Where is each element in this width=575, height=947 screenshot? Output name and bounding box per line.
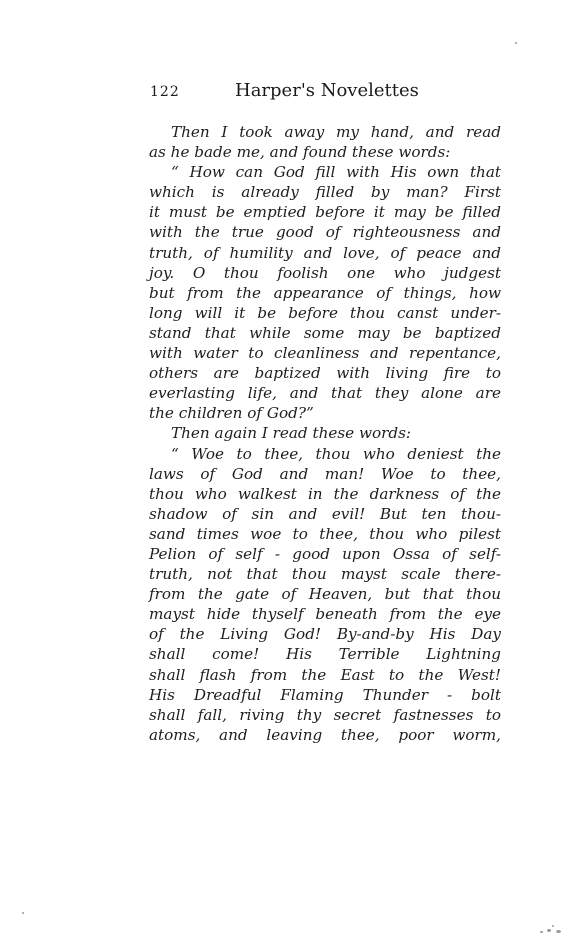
text-line: Then I took away my hand, and read	[149, 122, 501, 142]
text-line: His Dreadful Flaming Thunder - bolt	[149, 685, 501, 705]
text-line: Pelion of self - good upon Ossa of self-	[149, 544, 501, 564]
scan-speck	[22, 912, 24, 914]
text-line: sand times woe to thee, thou who pilest	[149, 524, 501, 544]
text-line: with the true good of righteousness and	[149, 222, 501, 242]
text-line: Then again I read these words:	[149, 423, 501, 443]
text-line: as he bade me, and found these words:	[149, 142, 501, 162]
text-line: everlasting life, and that they alone ar…	[149, 383, 501, 403]
page-header: 122 Harper's Novelettes	[150, 80, 510, 106]
text-line: long will it be before thou canst under-	[149, 303, 501, 323]
text-line: truth, not that thou mayst scale there-	[149, 564, 501, 584]
text-line: mayst hide thyself beneath from the eye	[149, 604, 501, 624]
scan-speck	[556, 930, 561, 933]
book-page: 122 Harper's Novelettes Then I took away…	[0, 0, 575, 947]
text-line: stand that while some may be baptized	[149, 323, 501, 343]
text-line: with water to cleanliness and repentance…	[149, 343, 501, 363]
body-text: Then I took away my hand, and readas he …	[149, 122, 501, 745]
text-line: “ Woe to thee, thou who deniest the	[149, 444, 501, 464]
text-line: shall come! His Terrible Lightning	[149, 644, 501, 664]
scan-speck	[552, 925, 554, 927]
text-line: but from the appearance of things, how	[149, 283, 501, 303]
text-line: shall flash from the East to the West!	[149, 665, 501, 685]
text-line: thou who walkest in the darkness of the	[149, 484, 501, 504]
page-number: 122	[150, 84, 180, 100]
text-line: atoms, and leaving thee, poor worm,	[149, 725, 501, 745]
text-line: from the gate of Heaven, but that thou	[149, 584, 501, 604]
text-line: laws of God and man! Woe to thee,	[149, 464, 501, 484]
text-line: joy. O thou foolish one who judgest	[149, 263, 501, 283]
scan-speck	[515, 42, 517, 44]
scan-speck	[540, 931, 543, 933]
text-line: it must be emptied before it may be fill…	[149, 202, 501, 222]
text-line: which is already filled by man? First	[149, 182, 501, 202]
text-line: of the Living God! By-and-by His Day	[149, 624, 501, 644]
text-line: others are baptized with living fire to	[149, 363, 501, 383]
text-line: shadow of sin and evil! But ten thou-	[149, 504, 501, 524]
text-line: “ How can God fill with His own that	[149, 162, 501, 182]
text-line: the children of God?”	[149, 403, 501, 423]
text-line: shall fall, riving thy secret fastnesses…	[149, 705, 501, 725]
running-title: Harper's Novelettes	[235, 80, 419, 101]
text-line: truth, of humility and love, of peace an…	[149, 243, 501, 263]
scan-speck	[547, 929, 551, 932]
